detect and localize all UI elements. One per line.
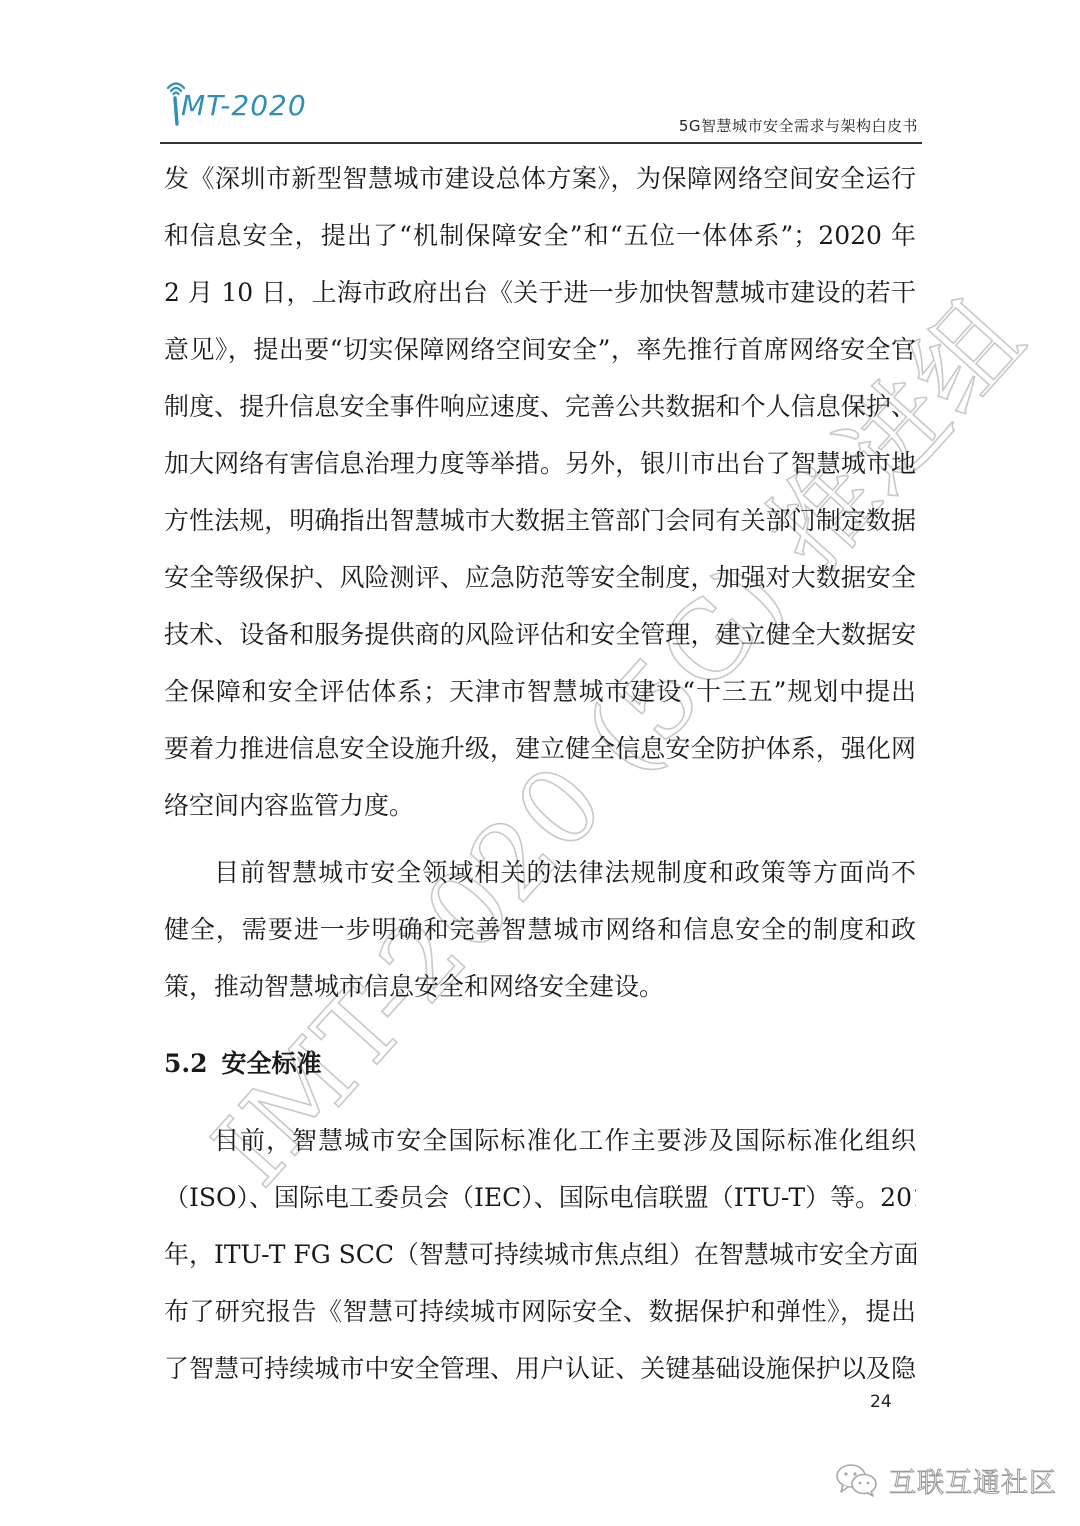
text-line: 意见》，提出要“切实保障网络空间安全”，率先推行首席网络安全官 [164, 321, 916, 378]
text-line: 加大网络有害信息治理力度等举措。另外，银川市出台了智慧城市地 [164, 435, 916, 492]
paragraph-security-standards: 目前，智慧城市安全国际标准化工作主要涉及国际标准化组织 （ISO）、国际电工委员… [164, 1112, 916, 1397]
text-line: 了智慧可持续城市中安全管理、用户认证、关键基础设施保护以及隐 [164, 1340, 916, 1397]
text-line: 技术、设备和服务提供商的风险评估和安全管理，建立健全大数据安 [164, 606, 916, 663]
section-title: 安全标准 [222, 1049, 322, 1078]
text-line: 制度、提升信息安全事件响应速度、完善公共数据和个人信息保护、 [164, 378, 916, 435]
text-line: 方性法规，明确指出智慧城市大数据主管部门会同有关部门制定数据 [164, 492, 916, 549]
source-badge: 互联互通社区 [835, 1460, 1057, 1500]
page-number: 24 [870, 1392, 892, 1412]
text-line: 年，ITU-T FG SCC（智慧可持续城市焦点组）在智慧城市安全方面发 [164, 1226, 916, 1283]
section-number: 5.2 [164, 1049, 208, 1078]
section-heading: 5.2安全标准 [164, 1035, 916, 1092]
page-content: 发《深圳市新型智慧城市建设总体方案》，为保障网络空间安全运行 和信息安全，提出了… [164, 150, 916, 1397]
logo-text: MT-2020 [181, 90, 307, 122]
imt-2020-logo: MT-2020 [164, 76, 314, 128]
source-account-name: 互联互通社区 [889, 1461, 1057, 1500]
text-line: 要着力推进信息安全设施升级，建立健全信息安全防护体系，强化网 [164, 720, 916, 777]
paragraph-policy-gaps: 目前智慧城市安全领域相关的法律法规制度和政策等方面尚不 健全，需要进一步明确和完… [164, 844, 916, 1015]
header-divider [160, 142, 922, 144]
page-header: MT-2020 5G智慧城市安全需求与架构白皮书 [160, 70, 922, 140]
paragraph-policy-examples: 发《深圳市新型智慧城市建设总体方案》，为保障网络空间安全运行 和信息安全，提出了… [164, 150, 916, 834]
text-line: 健全，需要进一步明确和完善智慧城市网络和信息安全的制度和政 [164, 901, 916, 958]
text-line: 布了研究报告《智慧可持续城市网际安全、数据保护和弹性》，提出 [164, 1283, 916, 1340]
wechat-icon [835, 1463, 879, 1497]
text-line: 安全等级保护、风险测评、应急防范等安全制度，加强对大数据安全 [164, 549, 916, 606]
text-line: 策，推动智慧城市信息安全和网络安全建设。 [164, 958, 916, 1015]
document-title: 5G智慧城市安全需求与架构白皮书 [679, 115, 918, 136]
text-line: 目前，智慧城市安全国际标准化工作主要涉及国际标准化组织 [164, 1112, 916, 1169]
text-line: 全保障和安全评估体系；天津市智慧城市建设“十三五”规划中提出 [164, 663, 916, 720]
text-line: 2 月 10 日，上海市政府出台《关于进一步加快智慧城市建设的若干 [164, 264, 916, 321]
text-line: （ISO）、国际电工委员会（IEC）、国际电信联盟（ITU-T）等。2016 [164, 1169, 916, 1226]
text-line: 络空间内容监管力度。 [164, 777, 916, 834]
text-line: 和信息安全，提出了“机制保障安全”和“五位一体体系”；2020 年 [164, 207, 916, 264]
text-line: 目前智慧城市安全领域相关的法律法规制度和政策等方面尚不 [164, 844, 916, 901]
text-line: 发《深圳市新型智慧城市建设总体方案》，为保障网络空间安全运行 [164, 150, 916, 207]
